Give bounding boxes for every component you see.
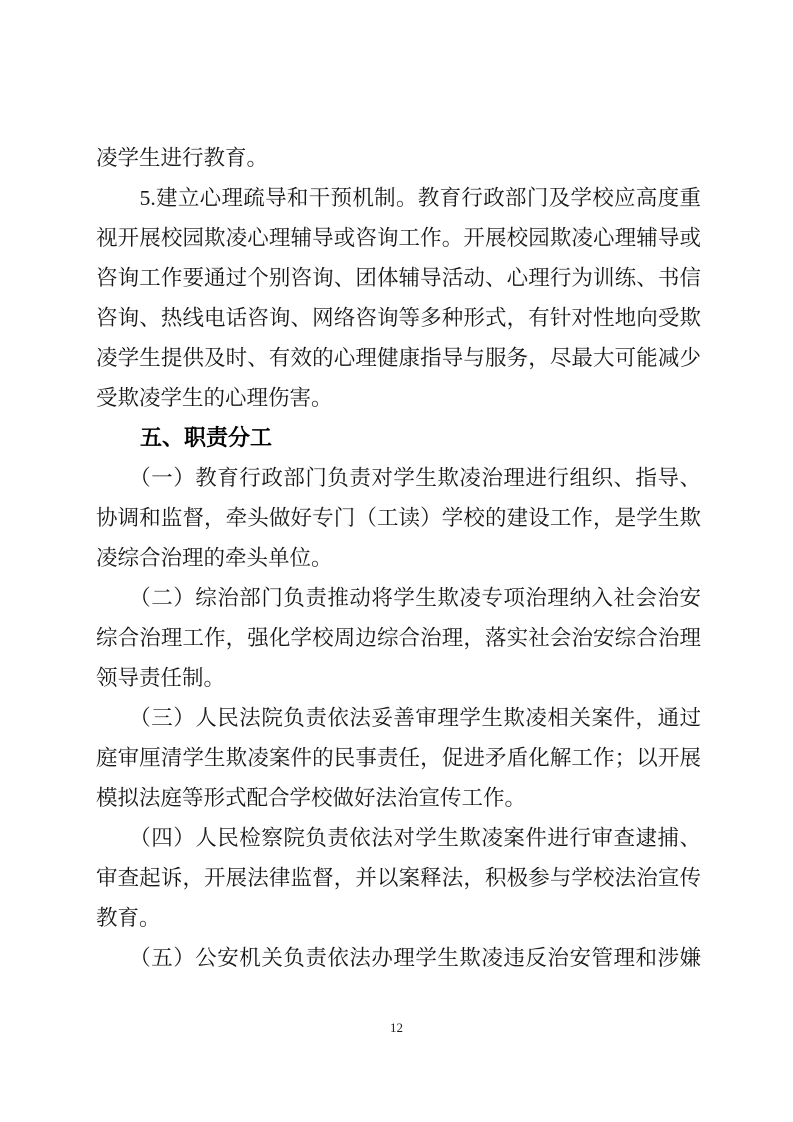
text-line: 庭审厘清学生欺凌案件的民事责任，促进矛盾化解工作；以开展 [96, 738, 701, 778]
text-line: 模拟法庭等形式配合学校做好法治宣传工作。 [96, 778, 701, 818]
section-heading: 五、职责分工 [96, 418, 701, 458]
text-line: 凌综合治理的牵头单位。 [96, 538, 701, 578]
page-number: 12 [0, 1020, 793, 1036]
document-page: 凌学生进行教育。 5.建立心理疏导和干预机制。教育行政部门及学校应高度重视开展校… [0, 0, 793, 1122]
text-line: 协调和监督，牵头做好专门（工读）学校的建设工作，是学生欺 [96, 498, 701, 538]
text-line: 凌学生提供及时、有效的心理健康指导与服务，尽最大可能减少 [96, 338, 701, 378]
text-line: （三）人民法院负责依法妥善审理学生欺凌相关案件，通过 [96, 698, 701, 738]
text-line: 教育。 [96, 898, 701, 938]
text-line: 综合治理工作，强化学校周边综合治理，落实社会治安综合治理 [96, 618, 701, 658]
text-line: 领导责任制。 [96, 658, 701, 698]
text-line: （一）教育行政部门负责对学生欺凌治理进行组织、指导、 [96, 458, 701, 498]
text-line: （四）人民检察院负责依法对学生欺凌案件进行审查逮捕、 [96, 818, 701, 858]
document-body: 凌学生进行教育。 5.建立心理疏导和干预机制。教育行政部门及学校应高度重视开展校… [96, 138, 701, 978]
text-line: （二）综治部门负责推动将学生欺凌专项治理纳入社会治安 [96, 578, 701, 618]
text-line: 咨询工作要通过个别咨询、团体辅导活动、心理行为训练、书信 [96, 258, 701, 298]
text-line: 受欺凌学生的心理伤害。 [96, 378, 701, 418]
text-line: 视开展校园欺凌心理辅导或咨询工作。开展校园欺凌心理辅导或 [96, 218, 701, 258]
text-line: （五）公安机关负责依法办理学生欺凌违反治安管理和涉嫌 [96, 938, 701, 978]
text-line: 5.建立心理疏导和干预机制。教育行政部门及学校应高度重 [96, 178, 701, 218]
text-line: 审查起诉，开展法律监督，并以案释法，积极参与学校法治宣传 [96, 858, 701, 898]
text-line: 凌学生进行教育。 [96, 138, 701, 178]
text-line: 咨询、热线电话咨询、网络咨询等多种形式，有针对性地向受欺 [96, 298, 701, 338]
